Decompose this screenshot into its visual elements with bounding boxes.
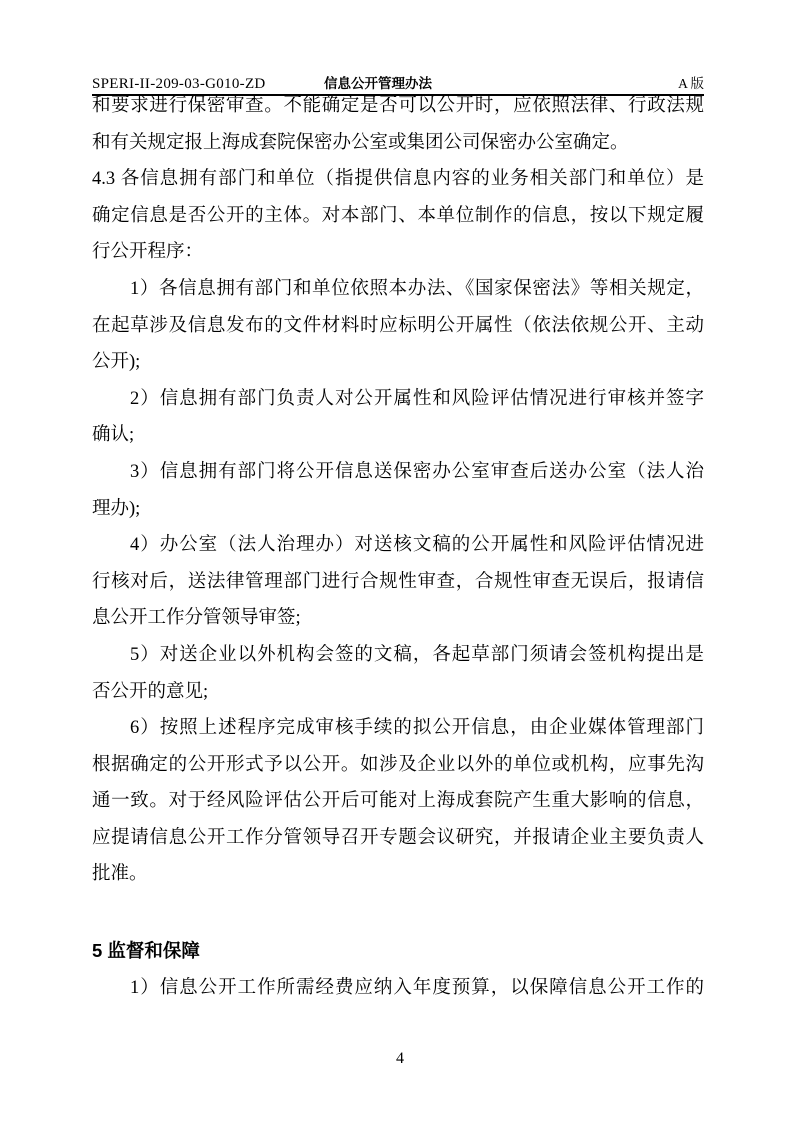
text-line: 应提请信息公开工作分管领导召开专题会议研究，并报请企业主要负责人 (92, 820, 704, 857)
text-line: 3）信息拥有部门将公开信息送保密办公室审查后送办公室（法人治 (92, 454, 704, 491)
text-line: 4）办公室（法人治理办）对送核文稿的公开属性和风险评估情况进 (92, 527, 704, 564)
text-line: 和有关规定报上海成套院保密办公室或集团公司保密办公室确定。 (92, 125, 704, 162)
text-line: 理办); (92, 491, 704, 528)
text-line: 通一致。对于经风险评估公开后可能对上海成套院产生重大影响的信息， (92, 783, 704, 820)
text-line: 在起草涉及信息发布的文件材料时应标明公开属性（依法依规公开、主动 (92, 308, 704, 345)
text-line: 行核对后，送法律管理部门进行合规性审查，合规性审查无误后，报请信 (92, 564, 704, 601)
page-footer: 4 (0, 1050, 800, 1068)
section-heading: 5 监督和保障 (92, 933, 704, 970)
page-number: 4 (396, 1050, 404, 1067)
text-line: 和要求进行保密审查。不能确定是否可以公开时，应依照法律、行政法规 (92, 88, 704, 125)
text-line: 确认; (92, 417, 704, 454)
text-line: 公开); (92, 344, 704, 381)
text-line: 2）信息拥有部门负责人对公开属性和风险评估情况进行审核并签字 (92, 381, 704, 418)
document-page: SPERI-II-209-03-G010-ZD 信息公开管理办法 A 版 和要求… (0, 0, 800, 1131)
text-line: 批准。 (92, 856, 704, 893)
text-line: 确定信息是否公开的主体。对本部门、本单位制作的信息，按以下规定履 (92, 198, 704, 235)
text-line: 息公开工作分管领导审签; (92, 600, 704, 637)
text-line: 1）各信息拥有部门和单位依照本办法、《国家保密法》等相关规定， (92, 271, 704, 308)
text-line: 5）对送企业以外机构会签的文稿，各起草部门须请会签机构提出是 (92, 637, 704, 674)
text-line: 1）信息公开工作所需经费应纳入年度预算，以保障信息公开工作的 (92, 970, 704, 1007)
text-line: 6）按照上述程序完成审核手续的拟公开信息，由企业媒体管理部门 (92, 710, 704, 747)
text-line: 行公开程序： (92, 234, 704, 271)
document-body: 和要求进行保密审查。不能确定是否可以公开时，应依照法律、行政法规和有关规定报上海… (92, 88, 704, 1006)
text-line: 4.3 各信息拥有部门和单位（指提供信息内容的业务相关部门和单位）是 (92, 161, 704, 198)
text-line: 否公开的意见; (92, 674, 704, 711)
text-line: 根据确定的公开形式予以公开。如涉及企业以外的单位或机构，应事先沟 (92, 747, 704, 784)
